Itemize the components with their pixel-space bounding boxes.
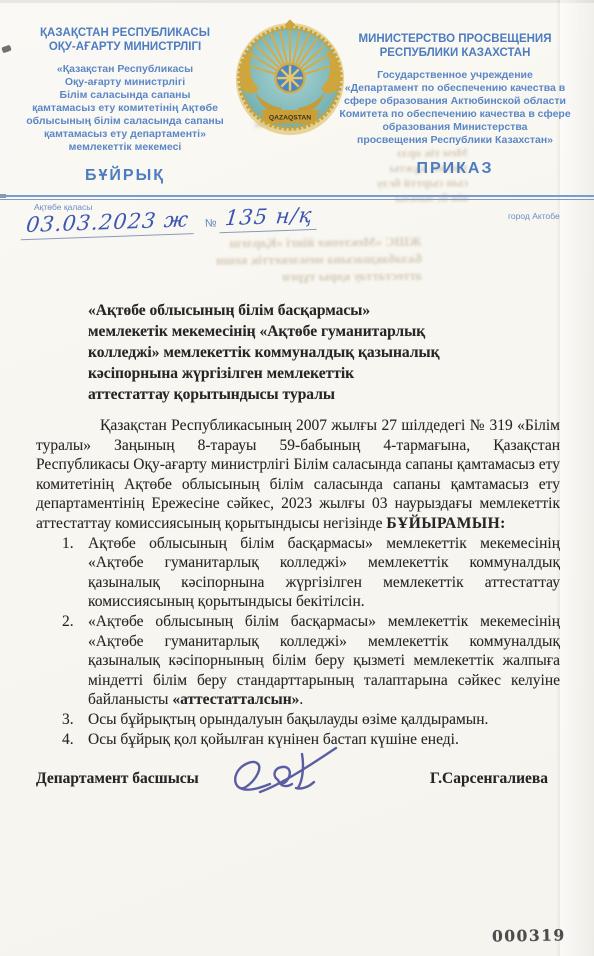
item-text-pre: Ақтөбе облысының білім басқармасы» мемле… (88, 535, 560, 611)
emblem-banner-text: QAZAQSTAN (269, 115, 311, 122)
item-number: 1. (62, 534, 88, 612)
signatory-name: Г.Сарсенгалиева (430, 770, 560, 788)
scanned-order-document: керіс нше бл аттес білм с. өткзу трпт бі… (0, 0, 594, 956)
handwritten-number: 135 н/қ (219, 203, 319, 234)
item-text-bold: «аттестатталсын» (172, 691, 299, 708)
number-sign: № (205, 217, 217, 229)
institution-name-ru: Государственное учреждение «Департамент … (330, 69, 580, 147)
header-separator-line (0, 195, 594, 197)
item-number: 3. (62, 710, 88, 730)
item-number: 2. (62, 612, 88, 710)
ink-speck (1, 45, 12, 54)
stamp-number: 000319 (492, 925, 566, 945)
institution-name-kk: «Қазақстан Республикасы Оқу-ағарту минис… (14, 63, 236, 154)
order-item: 1. Ақтөбе облысының білім басқармасы» ме… (36, 534, 560, 612)
intro-order-word: БҰЙЫРАМЫН: (386, 515, 505, 532)
signature-scribble-icon (226, 740, 350, 806)
intro-paragraph: Қазақстан Республикасының 2007 жылғы 27 … (36, 416, 560, 534)
order-items-list: 1. Ақтөбе облысының білім басқармасы» ме… (36, 534, 560, 750)
header-kazakh: ҚАЗАҚСТАН РЕСПУБЛИКАСЫ ОҚУ-АҒАРТУ МИНИСТ… (14, 26, 236, 185)
document-body: Қазақстан Республикасының 2007 жылғы 27 … (36, 416, 560, 749)
item-text: Ақтөбе облысының білім басқармасы» мемле… (88, 534, 560, 612)
item-text: Осы бұйрықтың орындалуын бақылауды өзіме… (88, 710, 560, 730)
doc-type-kk: БҰЙРЫҚ (14, 167, 236, 185)
scan-edge-top (0, 0, 594, 3)
signatory-role: Департамент басшысы (36, 770, 199, 788)
item-text: «Ақтөбе облысының білім басқармасы» мемл… (88, 612, 560, 710)
order-item: 3. Осы бұйрықтың орындалуын бақылауды өз… (36, 710, 560, 730)
header-russian: МИНИСТЕРСТВО ПРОСВЕЩЕНИЯ РЕСПУБЛИКИ КАЗА… (330, 32, 580, 178)
ministry-name-kk: ҚАЗАҚСТАН РЕСПУБЛИКАСЫ ОҚУ-АҒАРТУ МИНИСТ… (14, 26, 236, 54)
item-text-post: . (299, 691, 303, 708)
item-text-pre: «Ақтөбе облысының білім басқармасы» мемл… (88, 613, 560, 708)
doc-type-ru: ПРИКАЗ (330, 160, 580, 178)
city-label-ru: город Актобе (508, 211, 560, 221)
item-text-pre: Осы бұйрықтың орындалуын бақылауды өзіме… (88, 711, 488, 728)
order-item: 2. «Ақтөбе облысының білім басқармасы» м… (36, 612, 560, 710)
bleedthrough-text: ЖШС «Мектепке йінгі «Қарлғш балабақшасын… (132, 233, 422, 287)
header-separator-line (0, 199, 594, 200)
item-number: 4. (62, 730, 88, 750)
ministry-name-ru: МИНИСТЕРСТВО ПРОСВЕЩЕНИЯ РЕСПУБЛИКИ КАЗА… (330, 32, 580, 60)
document-title: «Ақтөбе облысының білім басқармасы» мемл… (88, 300, 490, 405)
